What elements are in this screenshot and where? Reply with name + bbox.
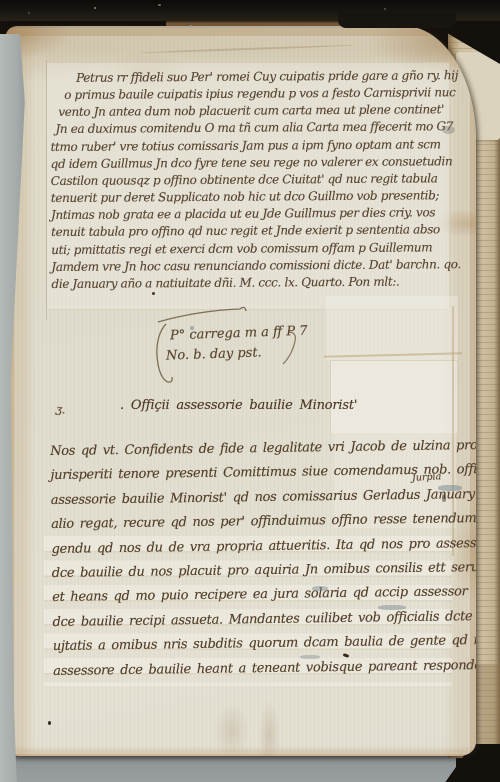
dust-speck [94, 7, 96, 9]
section-heading: . Offiçii assessorie bauilie Minorist' [120, 398, 357, 413]
paragraph-bottom: Nos qd vt. Confidents de fide a legalita… [50, 433, 476, 684]
repair-patch [330, 360, 457, 433]
interlinear-note: Jurpia [412, 471, 442, 484]
margin-mark: ʒ. [55, 402, 66, 416]
blue-smudge [312, 586, 328, 591]
ink-mark [442, 494, 446, 502]
blue-smudge [378, 605, 406, 610]
dust-speck [190, 25, 192, 27]
repair-patch [326, 296, 458, 360]
paragraph-top: Petrus rr ffideli suo Per' romei Cuy cui… [50, 67, 461, 293]
manuscript-photo: Petrus rr ffideli suo Per' romei Cuy cui… [0, 0, 500, 782]
blue-smudge [438, 485, 462, 491]
blue-dot [190, 326, 194, 330]
gray-smudge [442, 126, 455, 134]
blue-smudge [300, 655, 320, 659]
dust-speck [158, 4, 161, 6]
page-crease [46, 60, 47, 320]
manuscript-page: Petrus rr ffideli suo Per' romei Cuy cui… [6, 26, 476, 756]
background-band-bump [338, 12, 456, 28]
ink-spot [152, 292, 155, 295]
manuscript-line: die January año a natiuitate dñi. M. ccc… [51, 273, 461, 293]
dust-speck [384, 8, 386, 10]
dust-speck [28, 12, 30, 14]
ink-spot [48, 721, 51, 725]
